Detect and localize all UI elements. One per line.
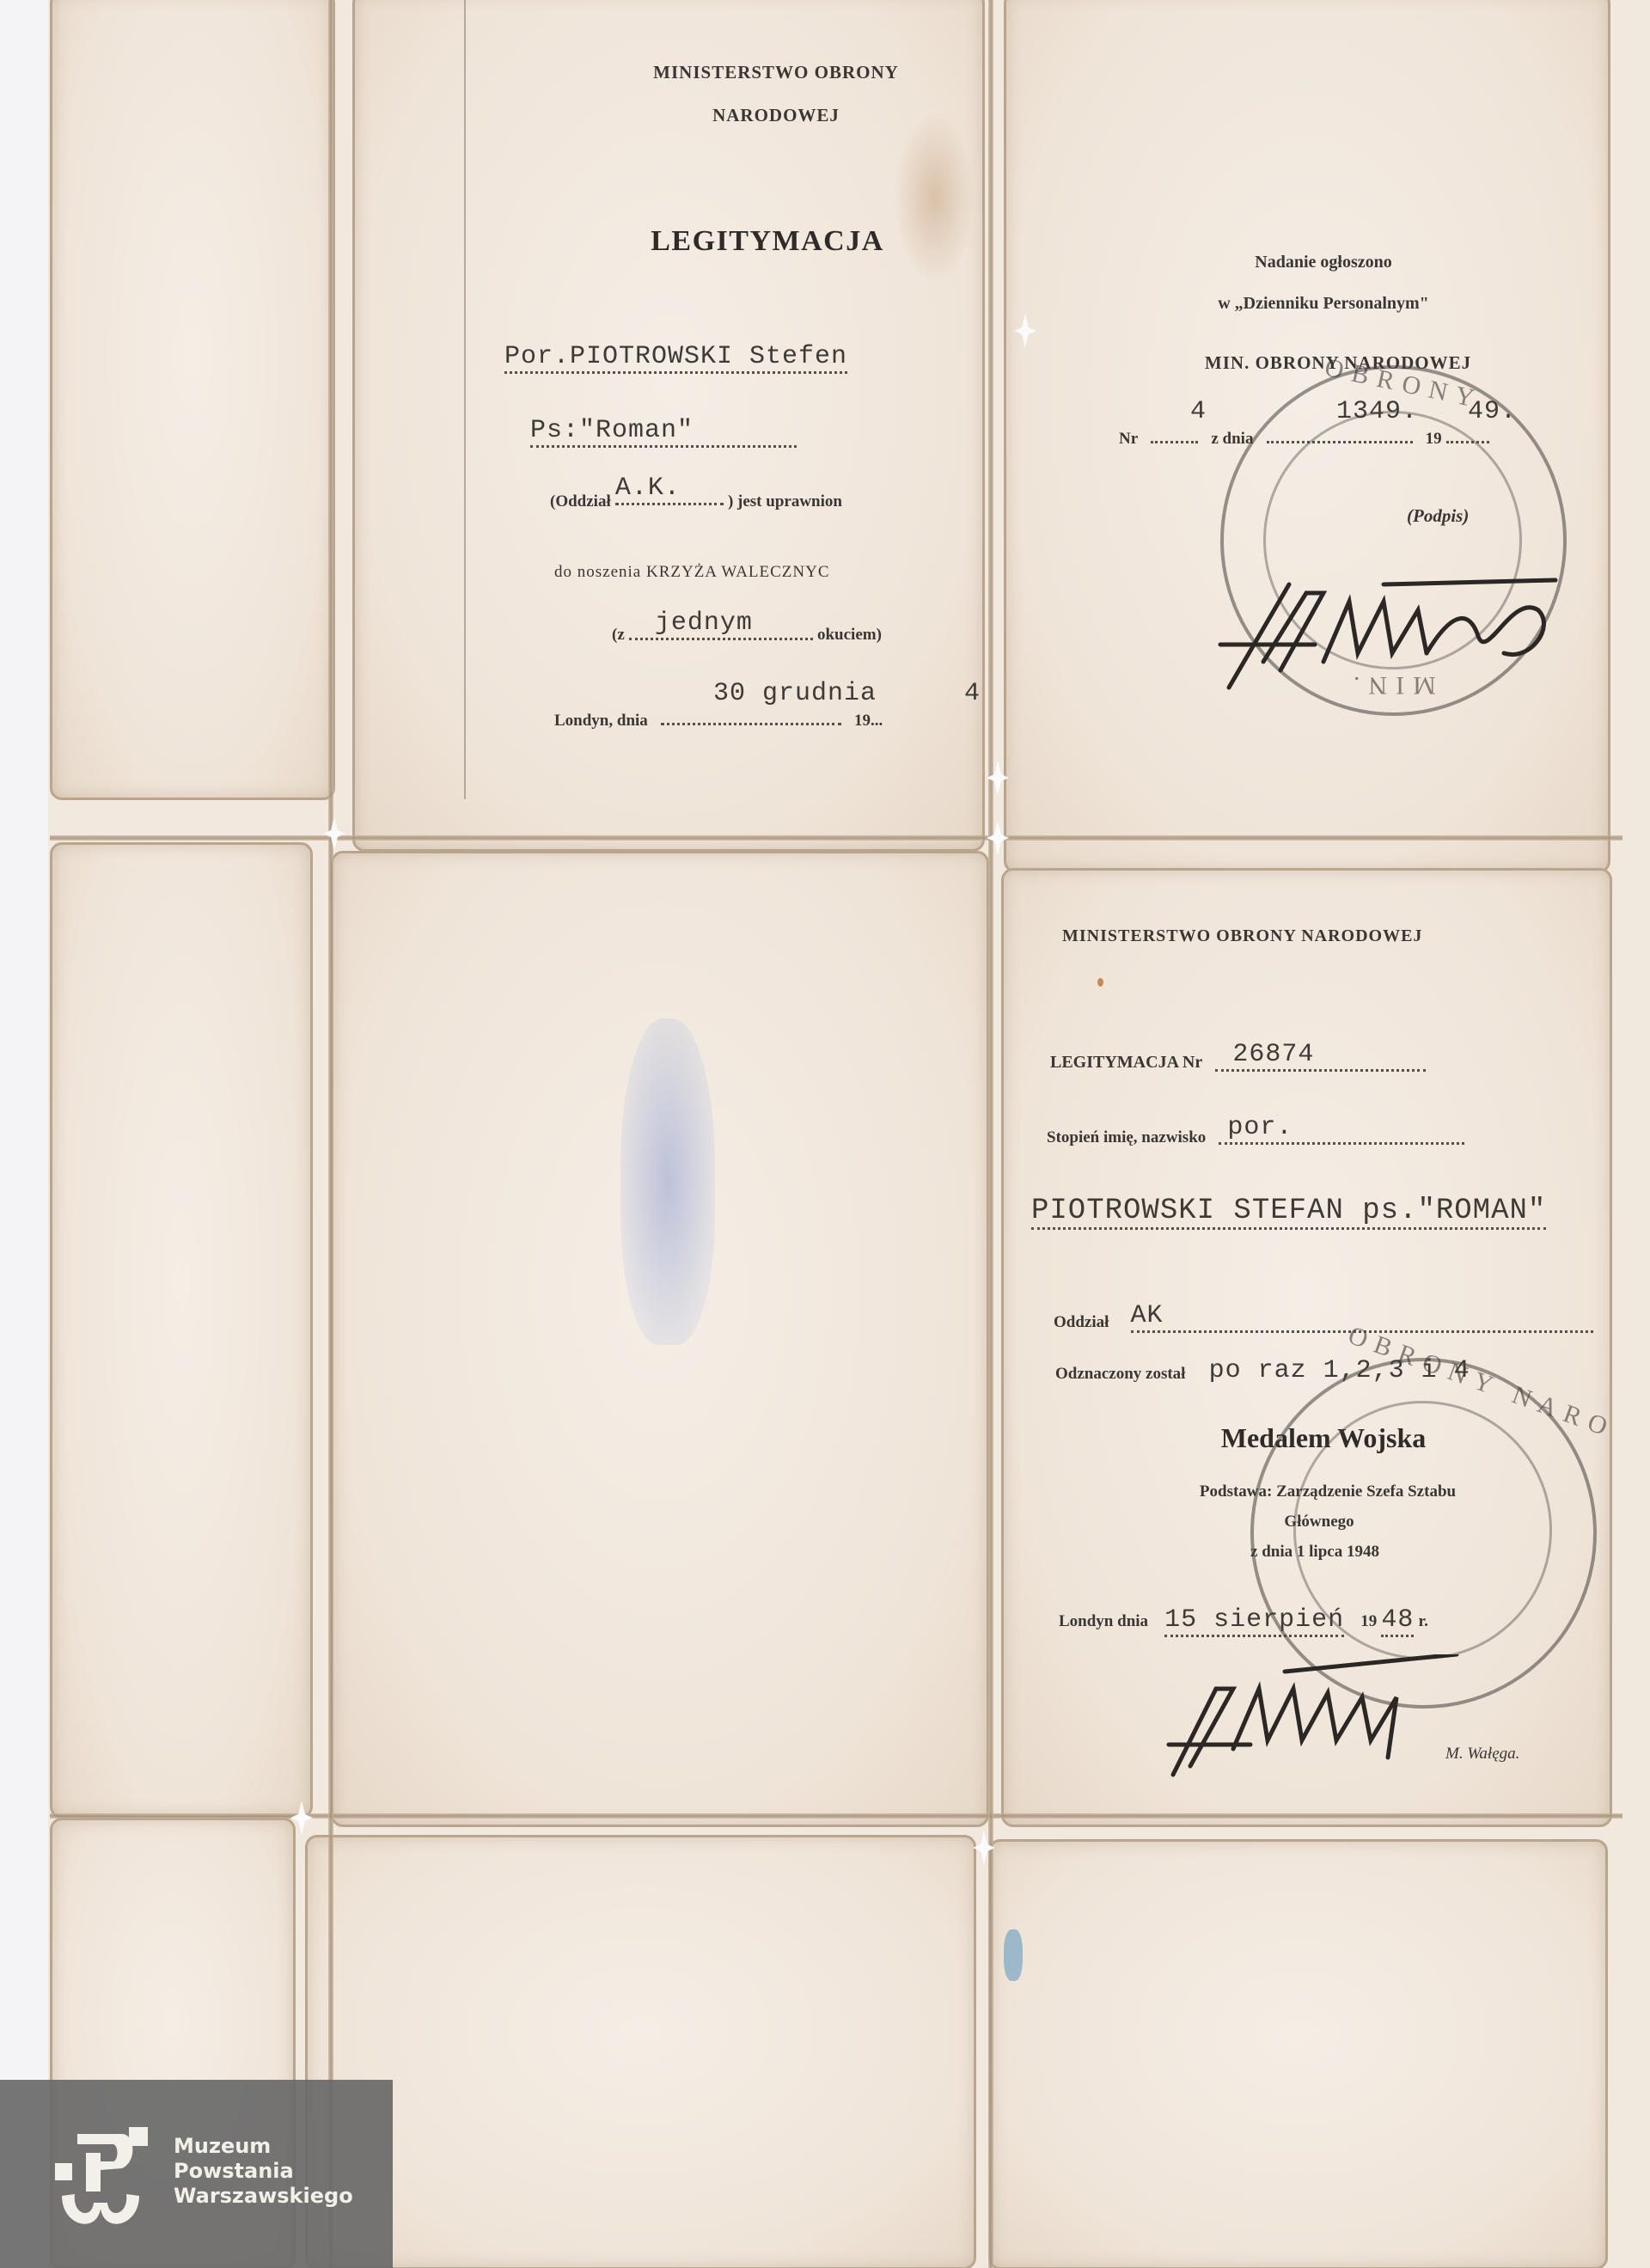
pseudonym-field: Ps:"Roman" — [530, 416, 797, 448]
document-title: LEGITYMACJA — [651, 225, 884, 258]
legitymacja-number-label: LEGITYMACJA Nr — [1050, 1053, 1202, 1072]
museum-name: Muzeum Powstania Warszawskiego — [174, 2134, 353, 2209]
unit-prefix: (Oddział — [550, 492, 611, 510]
place-label-2: Londyn dnia — [1059, 1612, 1148, 1630]
panel-bottom-center — [305, 1835, 976, 2268]
fold-line — [50, 1813, 1622, 1819]
official-stamp-2-inner-ring — [1293, 1401, 1552, 1660]
rank-row: Stopień imię, nazwisko por. — [1047, 1122, 1464, 1153]
clasp-row: (z jednym okuciem) — [612, 619, 882, 651]
unit-suffix: ) jest uprawnion — [728, 492, 842, 510]
place-row: Londyn, dnia 19... — [554, 712, 883, 731]
clasp-prefix: (z — [612, 626, 625, 644]
announce-line-1: Nadanie ogłoszono — [1255, 253, 1391, 272]
decorated-label: Odznaczony został — [1055, 1365, 1185, 1383]
museum-watermark: Muzeum Powstania Warszawskiego — [0, 2080, 393, 2268]
entitlement-text: do noszenia KRZYŻA WALECZNYC — [554, 563, 830, 582]
award-year: 4 — [964, 679, 981, 708]
ministry-full: MINISTERSTWO OBRONY NARODOWEJ — [1062, 926, 1422, 946]
nr-label: Nr — [1119, 430, 1138, 448]
rank-value: por. — [1219, 1113, 1464, 1145]
panel-top-left-margin — [50, 0, 335, 800]
clasp-value: jednym — [629, 608, 813, 640]
pseudonym-value: Ps:"Roman" — [530, 416, 797, 448]
place-dots — [661, 723, 841, 725]
announce-line-2: w „Dzienniku Personalnym" — [1218, 294, 1429, 314]
panel-mid-left-margin — [50, 842, 313, 1819]
blue-ink-smudge — [620, 1018, 715, 1345]
museum-name-line-2: Powstania — [174, 2159, 353, 2184]
rust-spot — [1097, 978, 1103, 987]
ministry-line-1: MINISTERSTWO OBRONY — [653, 62, 899, 83]
name-field: Por.PIOTROWSKI Stefen — [504, 342, 847, 374]
place-label: Londyn, dnia — [554, 712, 648, 730]
signatory-name: M. Wałęga. — [1445, 1745, 1519, 1764]
legitymacja-number-row: LEGITYMACJA Nr 26874 — [1050, 1047, 1426, 1079]
award-date: 30 grudnia — [713, 679, 877, 708]
blue-ink-mark — [1004, 1929, 1023, 1981]
signature-caption: (Podpis) — [1407, 505, 1469, 527]
handwritten-signature — [1212, 559, 1573, 705]
full-name-field: PIOTROWSKI STEFAN ps."ROMAN" — [1031, 1195, 1546, 1230]
ministry-line-2: NARODOWEJ — [712, 105, 840, 126]
museum-name-line-3: Warszawskiego — [174, 2184, 353, 2209]
full-name: PIOTROWSKI STEFAN ps."ROMAN" — [1031, 1195, 1546, 1230]
kotwica-anchor-icon — [53, 2127, 148, 2230]
unit-row-2: Oddział AK — [1054, 1306, 1593, 1338]
unit-label: Oddział — [1054, 1313, 1109, 1331]
nr-dots — [1151, 441, 1198, 443]
legitymacja-number: 26874 — [1215, 1040, 1426, 1072]
panel-bottom-right — [988, 1839, 1608, 2268]
unit-row: (Oddział A.K. ) jest uprawnion — [550, 486, 842, 517]
clasp-suffix: okuciem) — [817, 626, 882, 644]
museum-name-line-1: Muzeum — [174, 2134, 353, 2159]
rank-label: Stopień imię, nazwisko — [1047, 1128, 1206, 1146]
nr-value: 4 — [1190, 397, 1207, 426]
handwritten-signature-2 — [1164, 1654, 1525, 1783]
fold-line — [50, 835, 1622, 841]
margin-rule — [464, 0, 466, 799]
water-stain — [894, 112, 975, 284]
unit-value: A.K. — [615, 474, 724, 505]
name-value: Por.PIOTROWSKI Stefen — [504, 342, 847, 374]
fold-line — [988, 0, 993, 2268]
year-label: 19... — [854, 712, 883, 730]
fold-line — [328, 0, 333, 2268]
